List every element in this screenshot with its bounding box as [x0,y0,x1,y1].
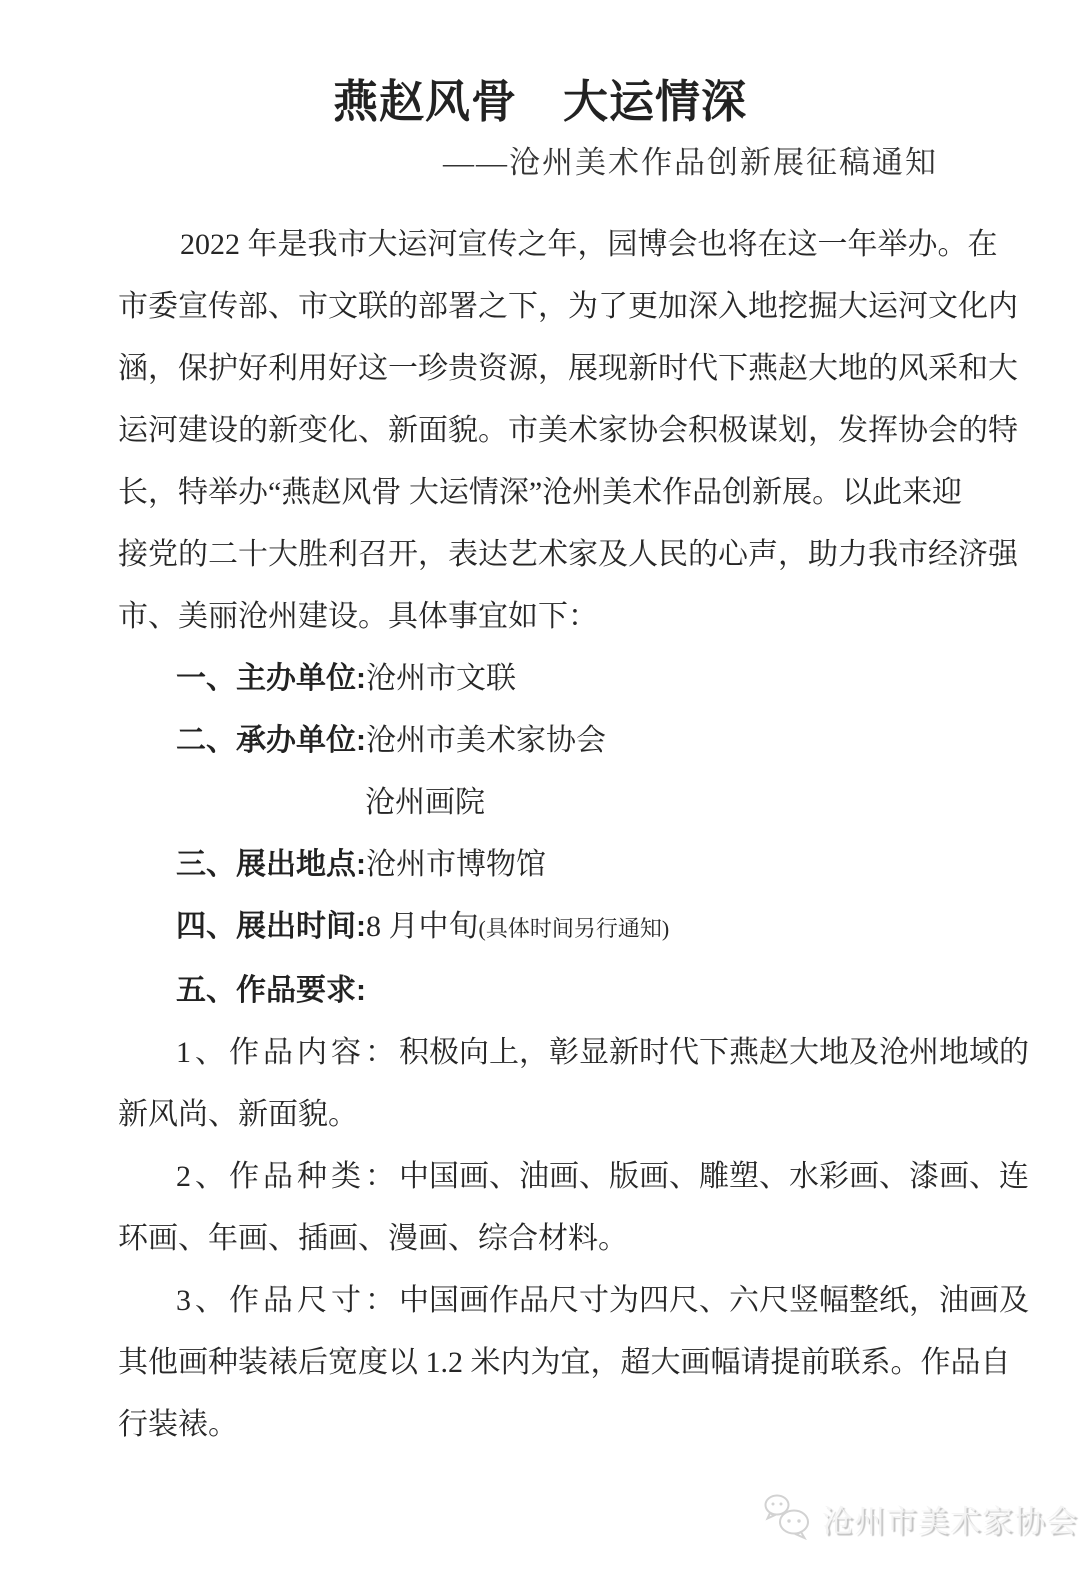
item-value: 沧州市文联 [366,662,516,695]
intro-line: 市、美丽沧州建设。具体事宜如下： [118,586,962,648]
intro-line: 接党的二十大胜利召开，表达艺术家及人民的心声，助力我市经济强 [118,524,962,586]
intro-line: 2022 年是我市大运河宣传之年，园博会也将在这一年举办。在 [118,214,962,276]
intro-line: 涵，保护好利用好这一珍贵资源，展现新时代下燕赵大地的风采和大 [118,338,962,400]
watermark-text: 沧州市美术家协会 [822,1496,1078,1541]
item-label: 一、主办单位: [176,662,366,695]
sub-item-text: 积极向上，彰显新时代下燕赵大地及沧州地域的 [399,1036,1029,1069]
sub-item-categories-line: 环画、年画、插画、漫画、综合材料。 [118,1208,962,1270]
sub-item-text: 中国画、油画、版画、雕塑、水彩画、漆画、连 [399,1160,1029,1193]
list-item-undertaker-continued: 沧州画院 [118,772,962,834]
list-item-requirements: 五、作品要求: [118,960,962,1022]
sub-item-text: 中国画作品尺寸为四尺、六尺竖幅整纸，油画及 [399,1284,1029,1317]
sub-item-content: 1、作品内容：积极向上，彰显新时代下燕赵大地及沧州地域的 [118,1022,962,1084]
item-value: 8 月中旬 [366,910,479,943]
sub-item-categories: 2、作品种类：中国画、油画、版画、雕塑、水彩画、漆画、连 [118,1146,962,1208]
sub-item-size-line: 行装裱。 [118,1394,962,1456]
intro-line: 长，特举办“燕赵风骨 大运情深”沧州美术作品创新展。以此来迎 [118,462,962,524]
wechat-icon [762,1492,814,1545]
page-title: 燕赵风骨 大运情深 [0,0,1080,132]
intro-line: 市委宣传部、市文联的部署之下，为了更加深入地挖掘大运河文化内 [118,276,962,338]
sub-item-size: 3、作品尺寸：中国画作品尺寸为四尺、六尺竖幅整纸，油画及 [118,1270,962,1332]
sub-item-size-line: 其他画种装裱后宽度以 1.2 米内为宜，超大画幅请提前联系。作品自 [118,1332,962,1394]
sub-item-label: 1、作品内容： [176,1036,399,1069]
list-item-undertaker: 二、承办单位:沧州市美术家协会 [118,710,962,772]
list-item-time: 四、展出时间:8 月中旬(具体时间另行通知) [118,896,962,960]
item-label: 二、承办单位: [176,724,366,757]
account-watermark: 沧州市美术家协会 [762,1492,1078,1545]
item-value: 沧州画院 [365,786,485,819]
item-value: 沧州市美术家协会 [366,724,606,757]
document-body: 2022 年是我市大运河宣传之年，园博会也将在这一年举办。在 市委宣传部、市文联… [0,214,1080,1456]
item-value: 沧州市博物馆 [366,848,546,881]
item-label: 五、作品要求: [176,974,366,1007]
item-label: 三、展出地点: [176,848,366,881]
notice-document-page: 燕赵风骨 大运情深 ——沧州美术作品创新展征稿通知 2022 年是我市大运河宣传… [0,0,1080,1574]
list-item-organizer: 一、主办单位:沧州市文联 [118,648,962,710]
sub-item-label: 2、作品种类： [176,1160,399,1193]
intro-line: 运河建设的新变化、新面貌。市美术家协会积极谋划，发挥协会的特 [118,400,962,462]
sub-item-content-line: 新风尚、新面貌。 [118,1084,962,1146]
item-note: (具体时间另行通知) [479,916,670,941]
page-subtitle: ——沧州美术作品创新展征稿通知 [0,144,1080,182]
list-item-venue: 三、展出地点:沧州市博物馆 [118,834,962,896]
item-label: 四、展出时间: [176,910,366,943]
sub-item-label: 3、作品尺寸： [176,1284,399,1317]
